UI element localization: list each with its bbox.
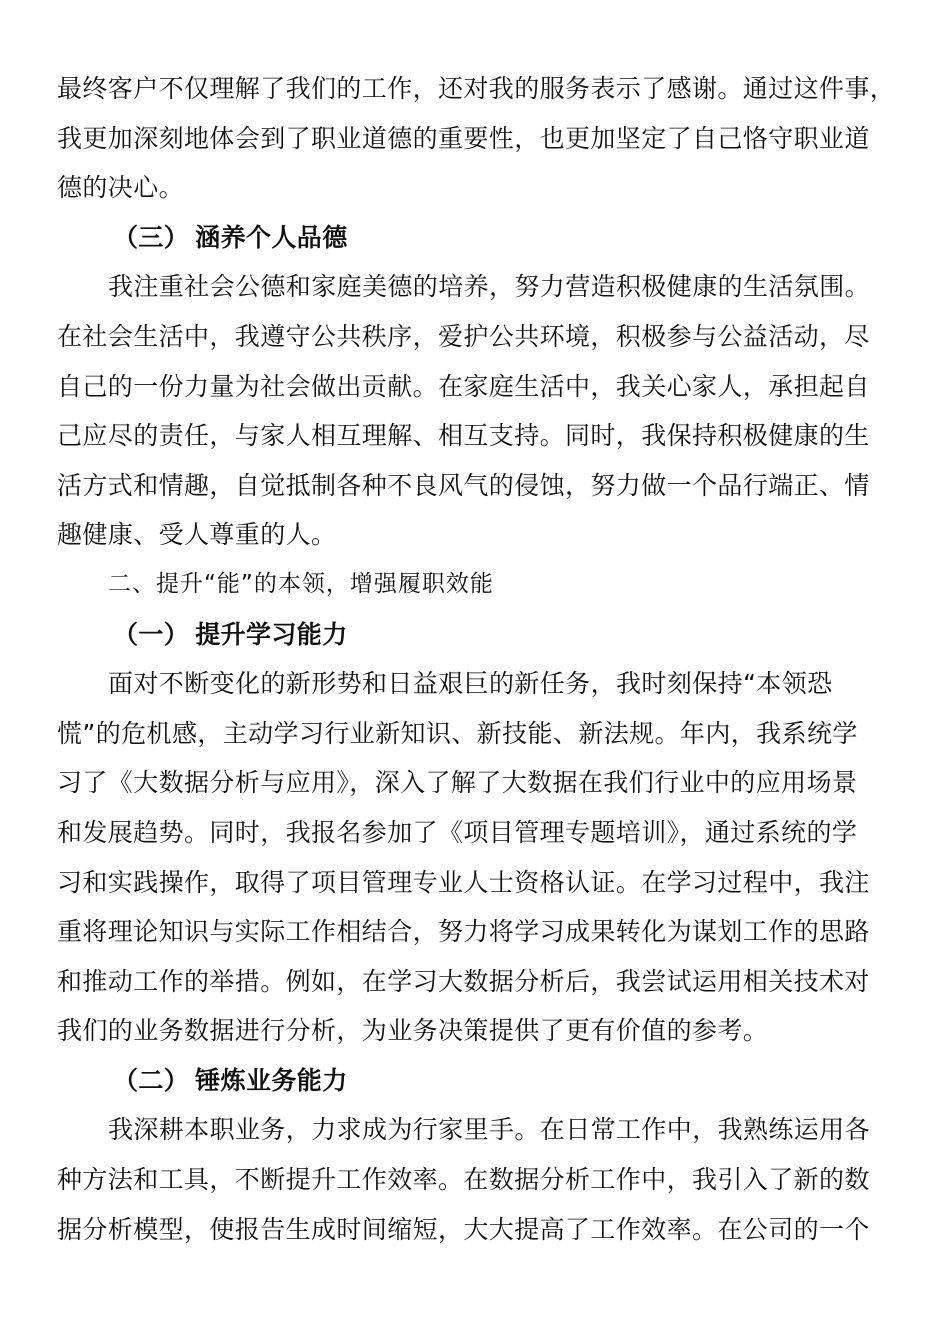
paragraph-character: 我注重社会公德和家庭美德的培养，努力营造积极健康的生活氛围。 在社会生活中，我遵…: [57, 262, 887, 560]
text-line: 我注重社会公德和家庭美德的培养，努力营造积极健康的生活氛围。: [57, 262, 887, 312]
text-line: 慌”的危机感，主动学习行业新知识、新技能、新法规。年内，我系统学: [57, 709, 887, 759]
text-line: 习了《大数据分析与应用》，深入了解了大数据在我们行业中的应用场景: [57, 758, 887, 808]
sub-heading-cultivate-character: （三）涵养个人品德: [57, 213, 887, 263]
text-line: 趣健康、受人尊重的人。: [57, 510, 887, 560]
sub-heading-title: 提升学习能力: [195, 620, 347, 649]
sub-heading-business-ability: （二）锤炼业务能力: [57, 1056, 887, 1106]
sub-heading-number: （二）: [113, 1066, 189, 1095]
text-line: 最终客户不仅理解了我们的工作，还对我的服务表示了感谢。通过这件事，: [57, 64, 887, 114]
text-line: 我们的业务数据进行分析，为业务决策提供了更有价值的参考。: [57, 1006, 887, 1056]
text-line: 在社会生活中，我遵守公共秩序，爱护公共环境，积极参与公益活动，尽: [57, 312, 887, 362]
text-line: 和发展趋势。同时，我报名参加了《项目管理专题培训》，通过系统的学: [57, 808, 887, 858]
sub-heading-number: （一）: [113, 620, 189, 649]
section-heading-ability: 二、提升“能”的本领，增强履职效能: [57, 560, 887, 610]
text-line: 面对不断变化的新形势和日益艰巨的新任务，我时刻保持“本领恐: [57, 659, 887, 709]
text-line: 我更加深刻地体会到了职业道德的重要性，也更加坚定了自己恪守职业道: [57, 114, 887, 164]
text-line: 重将理论知识与实际工作相结合，努力将学习成果转化为谋划工作的思路: [57, 907, 887, 957]
document-page: 最终客户不仅理解了我们的工作，还对我的服务表示了感谢。通过这件事， 我更加深刻地…: [57, 64, 887, 1254]
text-line: 和推动工作的举措。例如，在学习大数据分析后，我尝试运用相关技术对: [57, 957, 887, 1007]
text-line: 活方式和情趣，自觉抵制各种不良风气的侵蚀，努力做一个品行端正、情: [57, 461, 887, 511]
sub-heading-title: 锤炼业务能力: [195, 1066, 347, 1095]
text-line: 自己的一份力量为社会做出贡献。在家庭生活中，我关心家人，承担起自: [57, 362, 887, 412]
sub-heading-learning-ability: （一）提升学习能力: [57, 610, 887, 660]
text-line: 我深耕本职业务，力求成为行家里手。在日常工作中，我熟练运用各: [57, 1105, 887, 1155]
sub-heading-title: 涵养个人品德: [195, 223, 347, 252]
paragraph-business: 我深耕本职业务，力求成为行家里手。在日常工作中，我熟练运用各 种方法和工具，不断…: [57, 1105, 887, 1254]
paragraph-continued: 最终客户不仅理解了我们的工作，还对我的服务表示了感谢。通过这件事， 我更加深刻地…: [57, 64, 887, 213]
text-line: 己应尽的责任，与家人相互理解、相互支持。同时，我保持积极健康的生: [57, 411, 887, 461]
text-line: 种方法和工具，不断提升工作效率。在数据分析工作中，我引入了新的数: [57, 1155, 887, 1205]
text-line: 习和实践操作，取得了项目管理专业人士资格认证。在学习过程中，我注: [57, 858, 887, 908]
text-line: 据分析模型，使报告生成时间缩短，大大提高了工作效率。在公司的一个: [57, 1205, 887, 1255]
sub-heading-number: （三）: [113, 223, 189, 252]
text-line: 德的决心。: [57, 163, 887, 213]
paragraph-learning: 面对不断变化的新形势和日益艰巨的新任务，我时刻保持“本领恐 慌”的危机感，主动学…: [57, 659, 887, 1056]
